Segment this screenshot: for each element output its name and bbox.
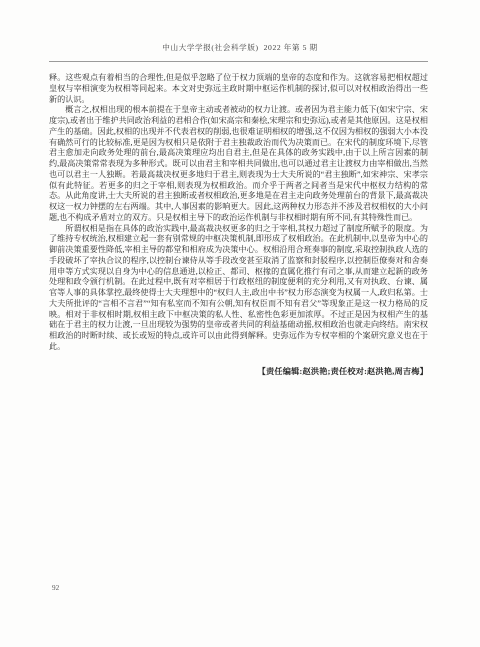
page-number: 92 [52,584,59,592]
journal-page: 中山大学学报(社会科学版) 2022 年第 5 期 释。这些观点有着相当的合理性… [0,0,480,647]
paragraph-summary: 概言之,权相出现的根本前提在于皇帝主动或者被动的权力让渡。或者因为君主能力低下(… [49,105,428,223]
editors-note: 【责任编辑:赵洪艳;责任校对:赵洪艳,周吉梅】 [49,367,428,378]
journal-header: 中山大学学报(社会科学版) 2022 年第 5 期 [0,42,480,53]
paragraph-continuation: 释。这些观点有着相当的合理性,但是似乎忽略了位于权力顶端的皇帝的态度和作为。这就… [49,73,428,105]
paragraph-conclusion: 所谓权相是指在具体的政治实践中,最高裁决权更多的归之于宰相,其权力超过了制度所赋… [49,224,428,353]
header-divider [49,61,428,62]
article-body: 释。这些观点有着相当的合理性,但是似乎忽略了位于权力顶端的皇帝的态度和作为。这就… [49,73,428,377]
